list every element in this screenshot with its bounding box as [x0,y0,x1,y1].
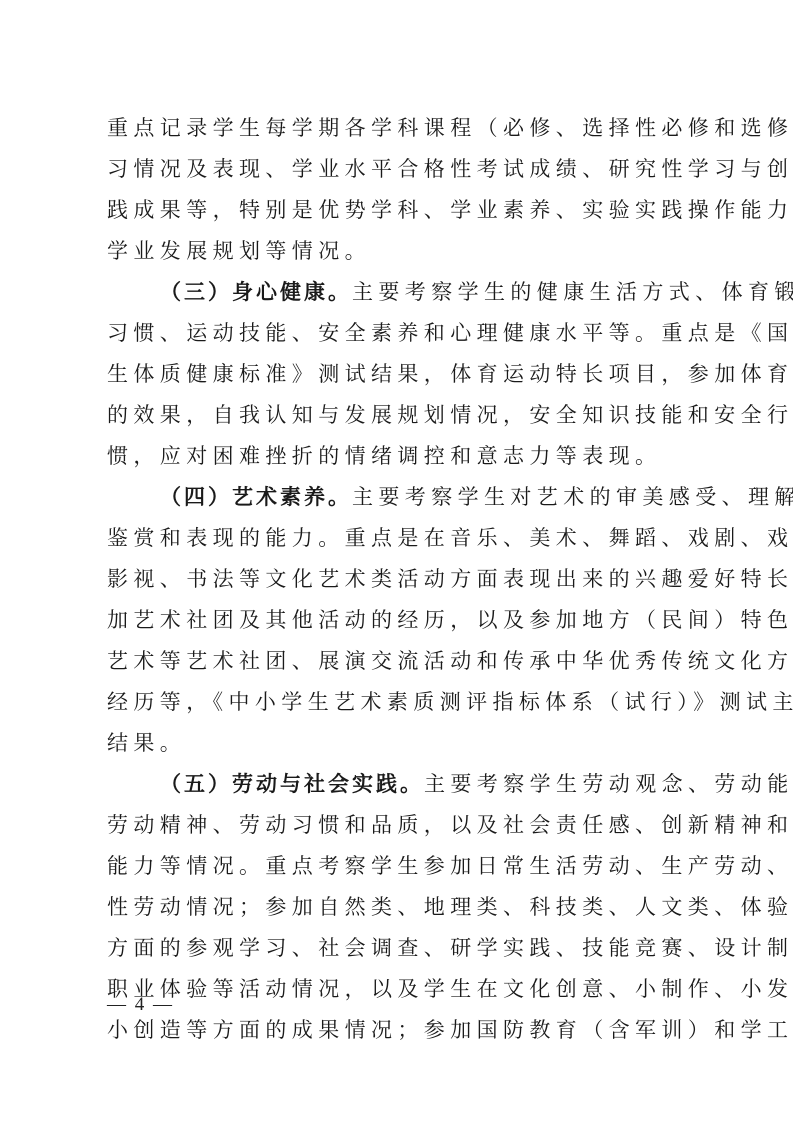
text-run: 主要考察学生劳动观念、劳动能力、 [424,772,793,796]
text-line: 生体质健康标准》测试结果，体育运动特长项目，参加体育运动 [107,354,691,395]
document-page: 重点记录学生每学期各学科课程（必修、选择性必修和选修）修 习情况及表现、学业水平… [0,0,793,1122]
text-line: 加艺术社团及其他活动的经历，以及参加地方（民间）特色文化 [107,600,691,641]
paragraph-labor-social-practice: （五）劳动与社会实践。主要考察学生劳动观念、劳动能力、 劳动精神、劳动习惯和品质… [107,764,691,1051]
section-heading: （三）身心健康。 [160,280,352,304]
page-number: — 4 — [107,994,174,1016]
text-line: 能力等情况。重点考察学生参加日常生活劳动、生产劳动、服务 [107,846,691,887]
text-line: 惯，应对困难挫折的情绪调控和意志力等表现。 [107,436,691,477]
document-body: 重点记录学生每学期各学科课程（必修、选择性必修和选修）修 习情况及表现、学业水平… [107,108,691,1051]
section-heading: （五）劳动与社会实践。 [160,772,424,796]
text-line: 学业发展规划等情况。 [107,231,691,272]
text-line: 影视、书法等文化艺术类活动方面表现出来的兴趣爱好特长，参 [107,559,691,600]
text-line: 方面的参观学习、社会调查、研学实践、技能竞赛、设计制作、 [107,928,691,969]
text-run: 主要考察学生的健康生活方式、体育锻炼 [352,280,793,304]
paragraph-art-literacy: （四）艺术素养。主要考察学生对艺术的审美感受、理解、 鉴赏和表现的能力。重点是在… [107,477,691,764]
paragraph-academic-record: 重点记录学生每学期各学科课程（必修、选择性必修和选修）修 习情况及表现、学业水平… [107,108,691,272]
text-line: 习情况及表现、学业水平合格性考试成绩、研究性学习与创新实 [107,149,691,190]
text-line: （四）艺术素养。主要考察学生对艺术的审美感受、理解、 [107,477,691,518]
text-line: 职业体验等活动情况，以及学生在文化创意、小制作、小发明、 [107,969,691,1010]
text-line: 重点记录学生每学期各学科课程（必修、选择性必修和选修）修 [107,108,691,149]
text-line: 小创造等方面的成果情况；参加国防教育（含军训）和学工学农 [107,1010,691,1051]
text-line: 性劳动情况；参加自然类、地理类、科技类、人文类、体验类等 [107,887,691,928]
text-run: 主要考察学生对艺术的审美感受、理解、 [352,485,793,509]
text-line: 结果。 [107,723,691,764]
text-line: （三）身心健康。主要考察学生的健康生活方式、体育锻炼 [107,272,691,313]
text-line: 的效果，自我认知与发展规划情况，安全知识技能和安全行为习 [107,395,691,436]
text-line: 践成果等，特别是优势学科、学业素养、实验实践操作能力发展、 [107,190,691,231]
paragraph-physical-mental-health: （三）身心健康。主要考察学生的健康生活方式、体育锻炼 习惯、运动技能、安全素养和… [107,272,691,477]
text-line: 艺术等艺术社团、展演交流活动和传承中华优秀传统文化方面的 [107,641,691,682]
text-line: 经历等，《中小学生艺术素质测评指标体系（试行）》测试主要 [107,682,691,723]
text-line: 鉴赏和表现的能力。重点是在音乐、美术、舞蹈、戏剧、戏曲、 [107,518,691,559]
section-heading: （四）艺术素养。 [160,485,352,509]
text-line: （五）劳动与社会实践。主要考察学生劳动观念、劳动能力、 [107,764,691,805]
text-line: 劳动精神、劳动习惯和品质，以及社会责任感、创新精神和实践 [107,805,691,846]
text-line: 习惯、运动技能、安全素养和心理健康水平等。重点是《国家学 [107,313,691,354]
